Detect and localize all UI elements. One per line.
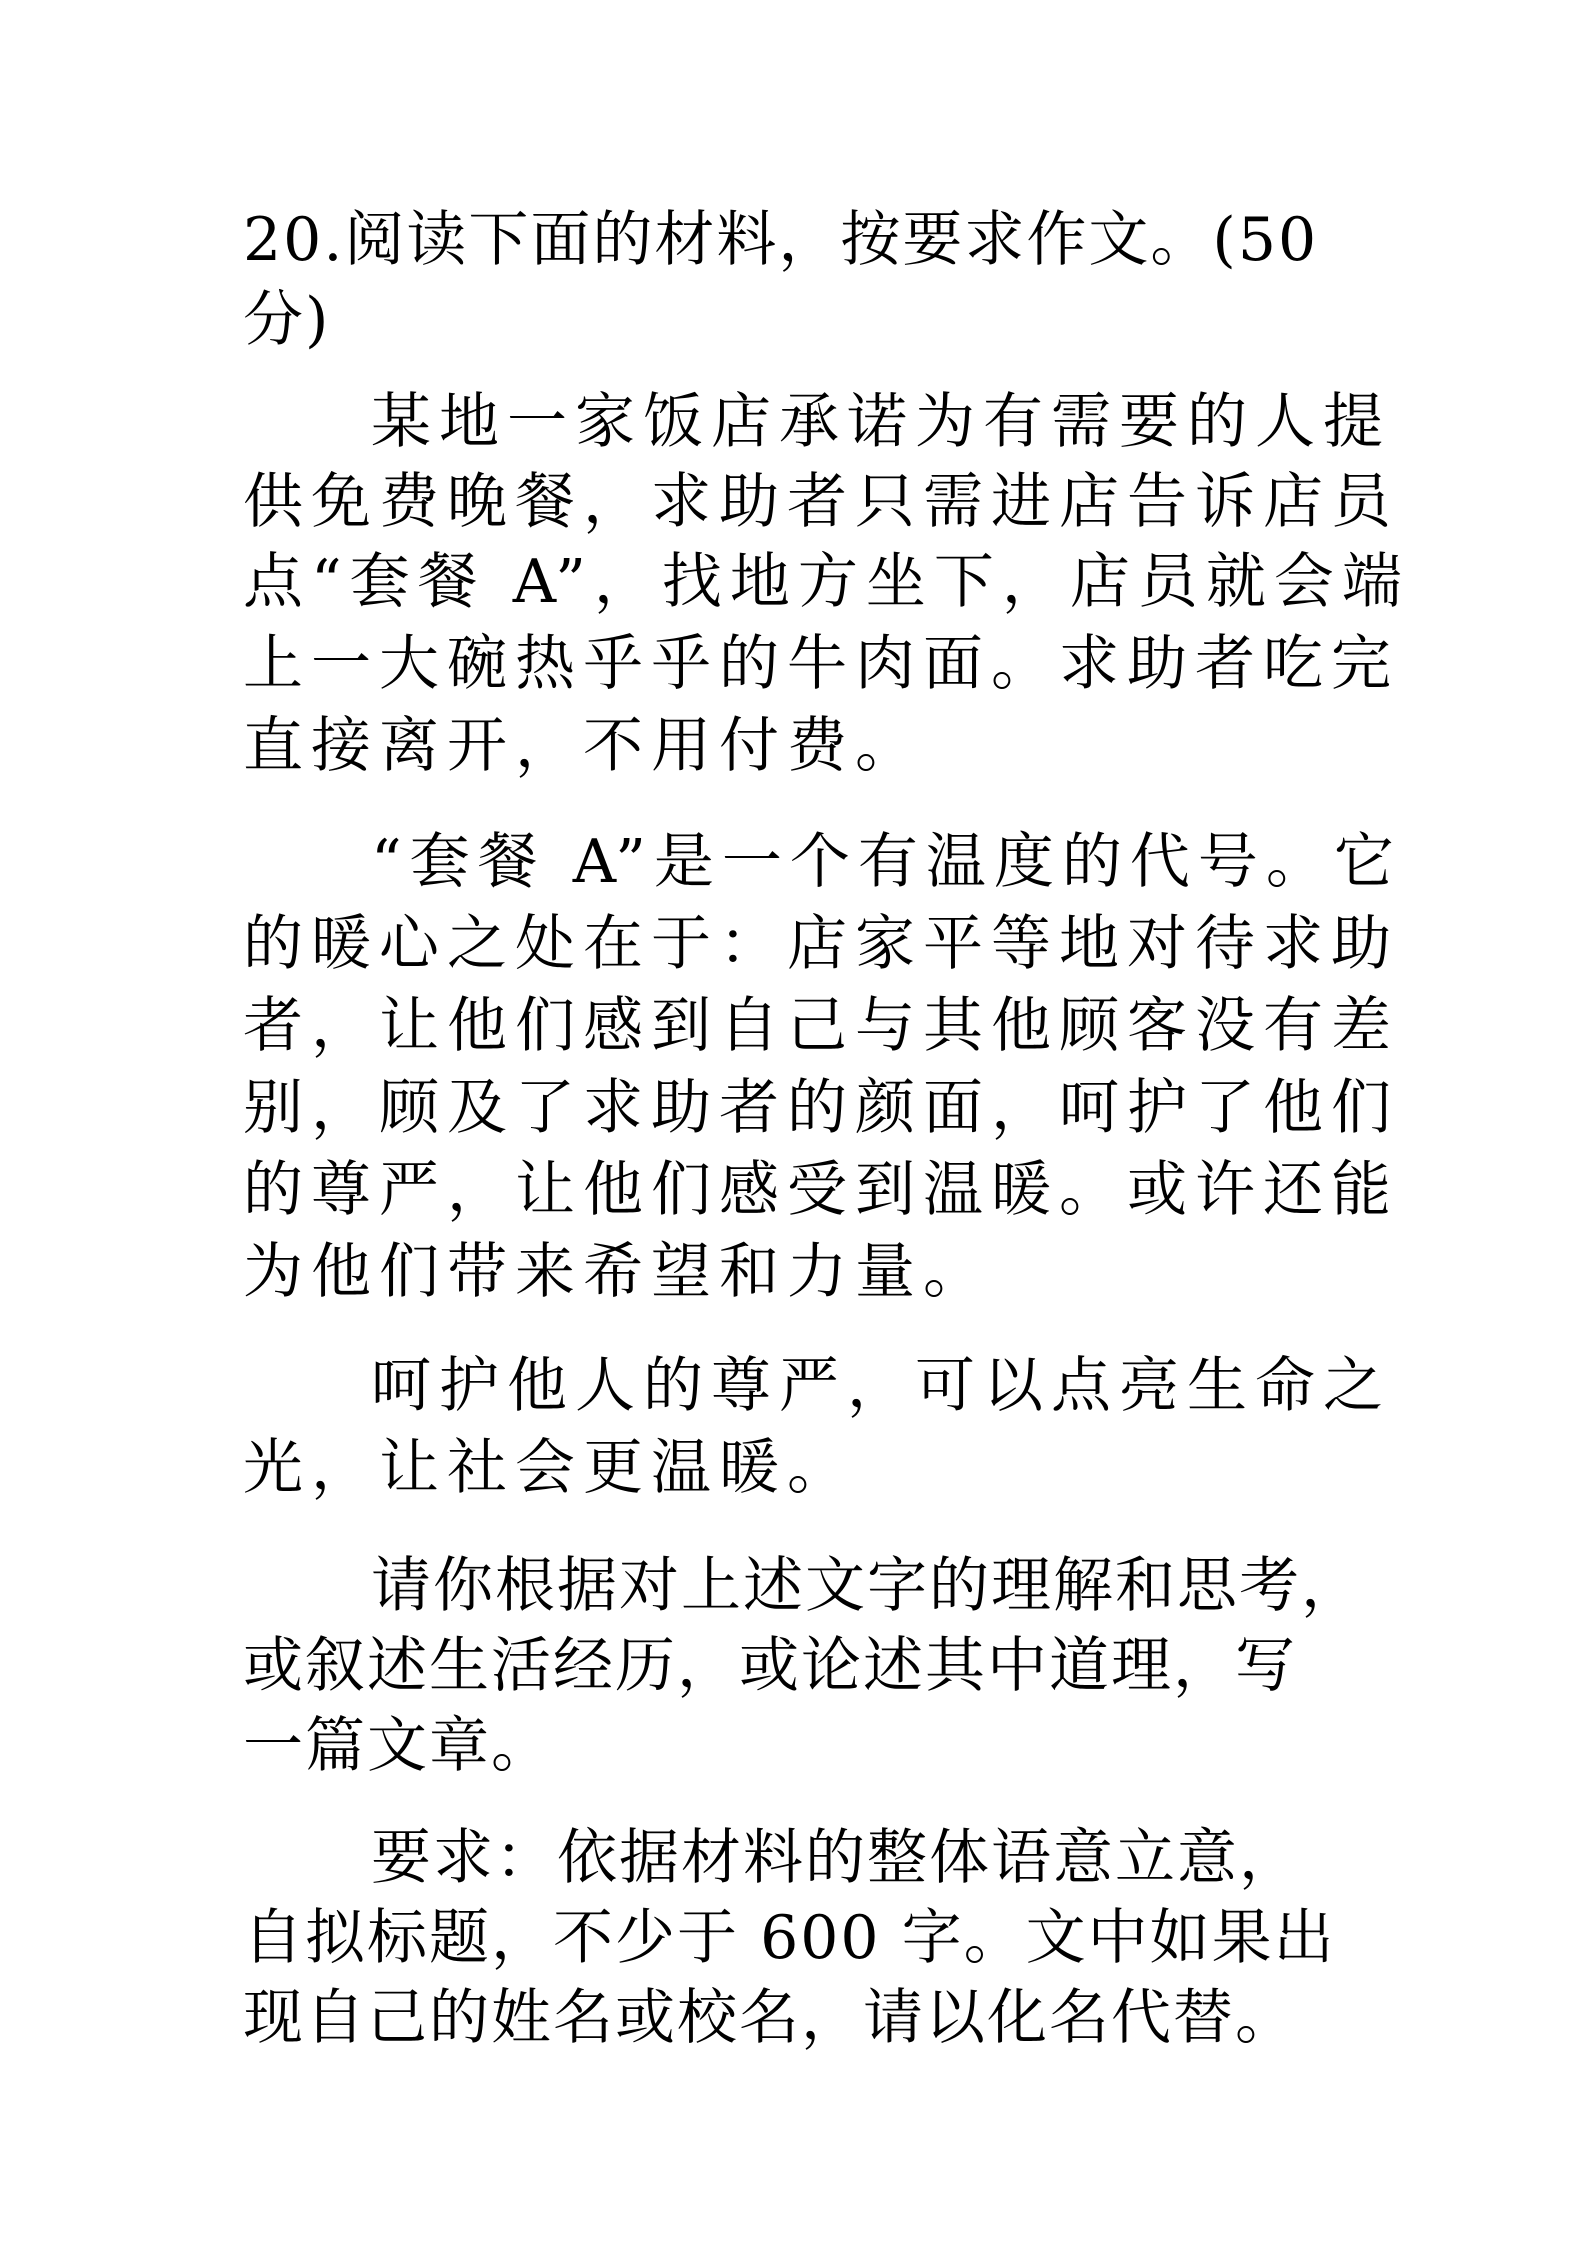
task-line-3: 一篇文章。 xyxy=(243,1706,1358,1786)
requirements-line-3: 现自己的姓名或校名，请以化名代替。 xyxy=(243,1978,1358,2058)
material-p2-line-5: 的尊严，让他们感受到温暖。或许还能 xyxy=(243,1150,1358,1230)
requirements-line-1: 要求：依据材料的整体语意立意， xyxy=(243,1818,1486,1898)
material-p1-line-3: 点“套餐 A”，找地方坐下，店员就会端 xyxy=(243,542,1358,622)
material-p2-line-3: 者，让他们感到自己与其他顾客没有差 xyxy=(243,986,1358,1066)
material-p2-line-1: “套餐 A”是一个有温度的代号。它 xyxy=(243,822,1486,902)
material-p1-line-5: 直接离开，不用付费。 xyxy=(243,706,1358,786)
material-p2-line-4: 别，顾及了求助者的颜面，呵护了他们 xyxy=(243,1068,1358,1148)
task-line-2: 或叙述生活经历，或论述其中道理，写 xyxy=(243,1626,1358,1706)
material-p1-line-2: 供免费晚餐，求助者只需进店告诉店员 xyxy=(243,462,1358,542)
material-p2-line-6: 为他们带来希望和力量。 xyxy=(243,1232,1358,1312)
material-p3-line-1: 呵护他人的尊严，可以点亮生命之 xyxy=(243,1346,1486,1426)
question-heading-line-2: 分) xyxy=(243,280,1358,360)
material-p2-line-2: 的暖心之处在于：店家平等地对待求助 xyxy=(243,904,1358,984)
material-p1-line-4: 上一大碗热乎乎的牛肉面。求助者吃完 xyxy=(243,624,1358,704)
requirements-line-2: 自拟标题，不少于 600 字。文中如果出 xyxy=(243,1898,1358,1978)
material-p3-line-2: 光，让社会更温暖。 xyxy=(243,1428,1358,1508)
question-heading-line-1: 20.阅读下面的材料，按要求作文。(50 xyxy=(243,200,1358,280)
task-line-1: 请你根据对上述文字的理解和思考， xyxy=(243,1546,1486,1626)
material-p1-line-1: 某地一家饭店承诺为有需要的人提 xyxy=(243,382,1486,462)
